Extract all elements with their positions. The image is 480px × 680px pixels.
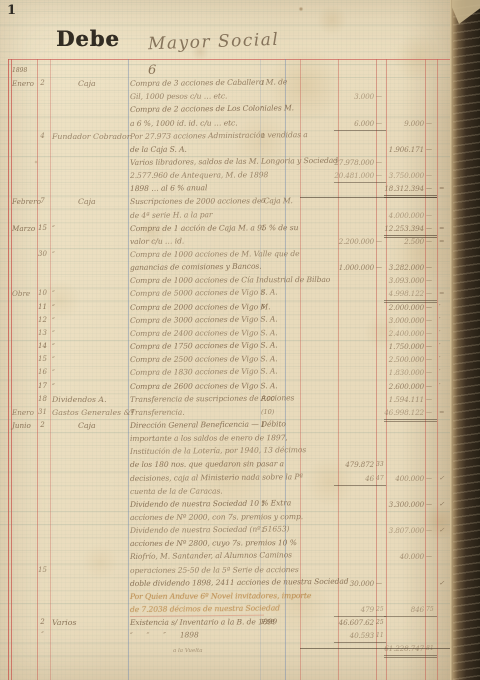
grand-total-line xyxy=(300,648,453,649)
entry-day: ″ xyxy=(36,629,49,642)
amount-digits: 846 xyxy=(384,603,424,616)
amount-digits: 3.750.000 xyxy=(384,169,424,182)
entry-amount-total: 9.000— xyxy=(384,117,437,130)
entry-account: ″ xyxy=(52,340,128,353)
entry-day: 31 xyxy=(36,406,49,419)
amount-digits: 479.872 xyxy=(334,458,374,471)
entry-folio: 6 xyxy=(261,287,285,300)
entry-amount-total: 1.906.171— xyxy=(384,143,437,156)
amount-cents: — xyxy=(426,169,436,182)
amount-cents: — xyxy=(426,314,436,327)
entry-month: Junio xyxy=(12,419,36,432)
amount-digits: 1.750.000 xyxy=(384,340,424,353)
amount-cents: — xyxy=(426,301,436,314)
entry-description: de 4ª serie H. a la par xyxy=(130,207,264,221)
entry-amount-partial: 1.000.000— xyxy=(334,261,386,274)
entry-amount-total: 2.500— xyxy=(384,235,437,248)
entry-folio: 1 xyxy=(261,524,285,537)
amount-cents: — xyxy=(426,380,436,393)
amount-digits: 1.000.000 xyxy=(334,261,374,274)
entry-amount-partial: 40.59311 xyxy=(334,629,386,643)
entry-description: Transferencia de suscripciones de Accion… xyxy=(130,391,264,405)
entry-description: Compra de 1750 acciones de Vigo S. A. xyxy=(130,339,264,353)
entry-folio: F.98 xyxy=(261,616,285,629)
amount-cents: — xyxy=(426,182,436,195)
entry-amount-partial: 27.978.000— xyxy=(334,156,386,169)
amount-digits: 4.998.122 xyxy=(384,287,424,300)
entry-description: Compra de 3000 acciones de Vigo S. A. xyxy=(130,312,264,326)
entry-description: Compra de 3 acciones de Caballero M. de xyxy=(130,76,264,90)
entry-amount-partial: 2.200.000— xyxy=(334,235,386,248)
entry-month: Febrero xyxy=(12,195,36,208)
entry-description: Riofrío, M. Santander, al Alumnos Camino… xyxy=(130,549,264,563)
entry-amount-total: 2.000.000— xyxy=(384,301,437,314)
entry-folio: ″ xyxy=(261,103,285,116)
amount-cents: — xyxy=(376,90,386,103)
amount-digits: 1.906.171 xyxy=(384,143,424,156)
entry-month: Enero xyxy=(12,77,36,90)
amount-digits: 9.000 xyxy=(384,117,424,130)
amount-cents: — xyxy=(426,353,436,366)
amount-digits: 46 xyxy=(334,472,374,485)
table-row: ″″ ″ ″ 189840.59311 xyxy=(0,629,456,643)
entry-account: ″ xyxy=(52,353,128,366)
amount-digits: 2.500 xyxy=(384,235,424,248)
entry-description: Compra de 5000 acciones de Vigo S. A. xyxy=(130,286,264,300)
entry-amount-total: 40.000— xyxy=(384,550,437,563)
page-number: 1 xyxy=(7,3,16,18)
entry-description: decisiones, caja al Ministerio nada sobr… xyxy=(130,470,264,484)
entry-day: 18 xyxy=(36,393,49,406)
debit-heading: Debe xyxy=(56,26,120,51)
entry-amount-total: 3.282.000— xyxy=(384,261,437,274)
amount-cents: — xyxy=(426,287,436,300)
entry-account: Dividendos A. xyxy=(52,393,128,406)
entry-day: 17 xyxy=(36,380,49,393)
entry-amount-partial: 47925 xyxy=(334,603,386,617)
entry-account: ″ xyxy=(52,222,128,235)
entry-folio: 1 xyxy=(261,222,285,235)
entry-account: ″ xyxy=(52,287,128,300)
entry-amount-total: 1.594.111— xyxy=(384,393,437,406)
entry-description: ganancias de comisiones y Bancos. xyxy=(130,260,264,274)
entry-day: 4 xyxy=(36,130,49,143)
entry-description: de los 180 nos. que quedaron sin pasar a xyxy=(130,458,264,472)
entry-account: ″ xyxy=(52,314,128,327)
amount-digits: 3.282.000 xyxy=(384,261,424,274)
entry-description: cuenta de la de Caracas. xyxy=(130,484,264,498)
amount-digits: 3.093.000 xyxy=(384,274,424,287)
amount-cents: — xyxy=(426,524,436,537)
amount-cents: — xyxy=(426,235,436,248)
table-row: 16″Compra de 1830 acciones de Vigo S. A.… xyxy=(0,366,456,380)
entry-description: a 6 %, 1000 id. id. c/u … etc. xyxy=(130,116,264,130)
entry-day: 11 xyxy=(36,301,49,314)
entry-account: Fundador Cobrador xyxy=(52,130,128,143)
amount-digits: 40.593 xyxy=(334,629,374,642)
amount-digits: 40.000 xyxy=(384,550,424,563)
entry-description: doble dividendo 1898, 2411 acciones de n… xyxy=(130,575,264,589)
amount-cents: — xyxy=(376,577,386,590)
amount-digits: 6.000 xyxy=(334,117,374,130)
entry-description: Dirección General Beneficencia — Débito xyxy=(130,418,264,432)
amount-digits: 1.594.111 xyxy=(384,393,424,406)
entry-amount-total: 3.807.000— xyxy=(384,524,437,537)
entry-day: 16 xyxy=(36,366,49,379)
entry-day: 15 xyxy=(36,564,49,577)
amount-digits: 46.607.62 xyxy=(334,616,374,629)
amount-cents: — xyxy=(426,261,436,274)
entry-description: valor c/u … id. xyxy=(130,234,264,248)
amount-cents: — xyxy=(426,393,436,406)
entry-description: Compra de 2000 acciones de Vigo M. xyxy=(130,300,264,314)
entry-amount-partial: 6.000— xyxy=(334,117,386,131)
entry-month: Enero xyxy=(12,406,36,419)
table-row: 61.228.74781 xyxy=(0,642,456,656)
amount-digits: 1.830.000 xyxy=(384,366,424,379)
amount-digits: 27.978.000 xyxy=(334,156,374,169)
entry-folio: 1 xyxy=(261,77,285,90)
amount-digits: 2.000.000 xyxy=(384,301,424,314)
amount-cents: — xyxy=(426,498,436,511)
entry-day: 12 xyxy=(36,314,49,327)
entry-amount-partial: 20.481.000— xyxy=(334,169,386,183)
entry-amount-total: 3.750.000— xyxy=(384,169,437,182)
amount-digits: 3.000.000 xyxy=(384,314,424,327)
entry-day: 15 xyxy=(36,353,49,366)
entry-amount-total: 2.400.000— xyxy=(384,327,437,340)
entry-folio: 6 xyxy=(261,195,285,208)
amount-cents: — xyxy=(426,406,436,419)
entry-description: Compra de 2600 acciones de Vigo S. A. xyxy=(130,379,264,393)
entry-amount-total: 400.000— xyxy=(384,472,437,485)
entry-account: Varios xyxy=(52,616,128,629)
entry-description: Varios libradores, saldos de las M. Long… xyxy=(130,155,264,169)
amount-cents: 33 xyxy=(376,458,386,471)
amount-digits: 20.481.000 xyxy=(334,169,374,182)
amount-cents: — xyxy=(376,156,386,169)
amount-digits: 30.000 xyxy=(334,577,374,590)
entry-amount-partial: 479.87233 xyxy=(334,458,386,471)
amount-cents: — xyxy=(426,366,436,379)
book-binding xyxy=(453,0,480,680)
amount-cents: — xyxy=(426,550,436,563)
entry-folio: (10) xyxy=(261,406,285,419)
entry-account: ″ xyxy=(52,327,128,340)
entry-amount-total: 61.228.74781 xyxy=(384,642,437,658)
amount-digits: 2.400.000 xyxy=(384,327,424,340)
table-row: decisiones, caja al Ministerio nada sobr… xyxy=(0,472,456,486)
entry-month: 1898 xyxy=(12,64,36,77)
entry-account: Gastos Generales &ª xyxy=(52,406,128,419)
entry-description: ″ ″ ″ 1898 xyxy=(130,628,264,642)
amount-digits: 3.300.000 xyxy=(384,498,424,511)
entry-folio: 1 xyxy=(261,130,285,143)
entry-account: ″ xyxy=(52,380,128,393)
entry-description: 1898 … al 6 % anual xyxy=(130,181,264,195)
entry-day: 7 xyxy=(36,195,49,208)
entry-folio: 6 xyxy=(261,301,285,314)
entry-description: Suscripciones de 2000 acciones de Caja M… xyxy=(130,195,264,209)
amount-digits: 400.000 xyxy=(384,472,424,485)
entry-account: ″ xyxy=(52,248,128,261)
amount-digits: 3.000 xyxy=(334,90,374,103)
entry-description: Dividendo de nuestra Sociedad 10 % Extra xyxy=(130,496,264,510)
amount-cents: — xyxy=(426,117,436,130)
entry-month: Marzo xyxy=(12,222,36,235)
entry-description: operaciones 25-50 de la 5ª Serie de acci… xyxy=(130,563,264,577)
entry-folio: F.90 xyxy=(261,393,285,406)
carry-forward-note: a la Vuelta xyxy=(173,648,202,654)
amount-cents: 25 xyxy=(376,616,386,629)
entry-amount-total: 4.000.000— xyxy=(384,209,437,222)
entry-amount-total: 3.300.000— xyxy=(384,498,437,511)
amount-cents: — xyxy=(426,472,436,485)
table-row: Compra de 2 acciones de Los Coloniales M… xyxy=(0,103,456,117)
entry-folio: 1 xyxy=(261,498,285,511)
amount-digits: 12.253.394 xyxy=(384,222,424,235)
amount-cents: — xyxy=(426,274,436,287)
amount-digits: 2.600.000 xyxy=(384,380,424,393)
entry-amount-total: 3.093.000— xyxy=(384,274,437,287)
section-sum-line xyxy=(300,197,437,198)
amount-digits: 4.000.000 xyxy=(384,209,424,222)
entry-amount-partial: 4647 xyxy=(334,472,386,486)
entry-day: 30 xyxy=(36,248,49,261)
table-row: Riofrío, M. Santander, al Alumnos Camino… xyxy=(0,550,456,564)
amount-digits: 2.200.000 xyxy=(334,235,374,248)
entry-day: 10 xyxy=(36,287,49,300)
entry-description: Dividendo de nuestra Sociedad (nº 51653) xyxy=(130,523,264,537)
amount-cents: 11 xyxy=(376,629,386,642)
amount-digits: 479 xyxy=(334,603,374,616)
entry-amount-total: 2.500.000— xyxy=(384,353,437,366)
amount-cents: — xyxy=(426,340,436,353)
amount-digits: 46.998.122 xyxy=(384,406,424,419)
amount-cents: — xyxy=(426,143,436,156)
amount-digits: 3.807.000 xyxy=(384,524,424,537)
entry-amount-partial: 3.000— xyxy=(334,90,386,103)
entry-month: Obre xyxy=(12,287,36,300)
amount-digits: 2.500.000 xyxy=(384,353,424,366)
entry-amount-total: 3.000.000— xyxy=(384,314,437,327)
entry-amount-total: 1.830.000— xyxy=(384,366,437,379)
entry-day: 2 xyxy=(36,77,49,90)
entry-account: 6 xyxy=(52,64,224,77)
entry-description: Compra de 1830 acciones de Vigo S. A. xyxy=(130,365,264,379)
entry-amount-total: 1.750.000— xyxy=(384,340,437,353)
entry-description: Institución de la Lotería, por 1940, 13 … xyxy=(130,444,264,458)
entry-account: ″ xyxy=(52,301,128,314)
entry-description: Compra de 1 acción de Caja M. a 95 % de … xyxy=(130,221,264,235)
table-row: Obre10″Compra de 5000 acciones de Vigo S… xyxy=(0,287,456,301)
entry-description: Compra de 2 acciones de Los Coloniales M… xyxy=(130,102,264,116)
entry-day: 14 xyxy=(36,340,49,353)
entry-day: 15 xyxy=(36,222,49,235)
entry-amount-partial: 30.000— xyxy=(334,577,386,590)
entry-description: Por 27.973 acciones Administración vendi… xyxy=(130,128,264,142)
amount-cents: — xyxy=(426,222,436,235)
entry-description: Transferencia. xyxy=(130,405,264,419)
entry-day: 13 xyxy=(36,327,49,340)
entry-day: 2 xyxy=(36,419,49,432)
entry-amount-total: 84675 xyxy=(384,603,437,617)
entry-amount-total: 2.600.000— xyxy=(384,380,437,393)
entry-day: 2 xyxy=(36,616,49,629)
amount-cents: 75 xyxy=(426,603,436,616)
ledger-page: 1 Debe Mayor Social 18986Enero2CajaCompr… xyxy=(0,0,480,680)
amount-cents: — xyxy=(426,209,436,222)
amount-cents: — xyxy=(426,327,436,340)
entry-folio: 1 xyxy=(261,419,285,432)
entry-account: ″ xyxy=(52,366,128,379)
entry-amount-partial: 46.607.6225 xyxy=(334,616,386,629)
amount-digits: 18.312.394 xyxy=(384,182,424,195)
